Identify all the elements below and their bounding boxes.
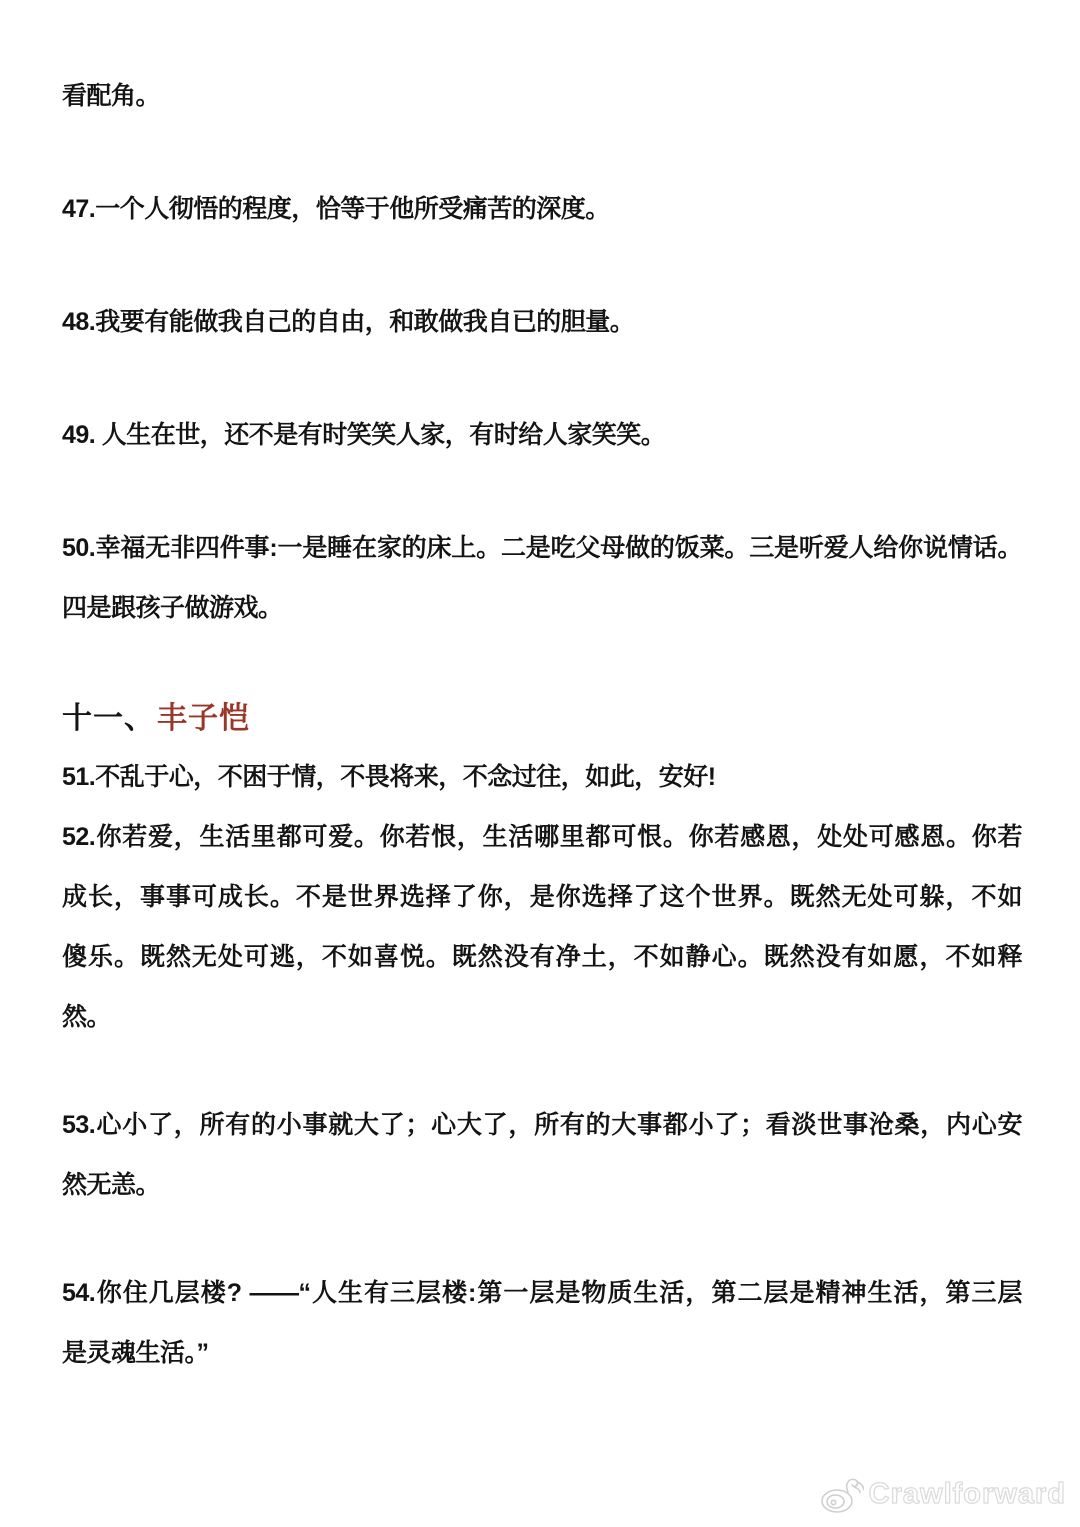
quote-text: 我要有能做我自己的自由，和敢做我自已的胆量。 <box>95 308 634 336</box>
section-number: 十一、 <box>62 702 155 735</box>
quote-text: 不乱于心，不困于情，不畏将来，不念过往，如此，安好! <box>95 763 715 791</box>
quote-text: 然。 <box>62 1003 111 1031</box>
quote-line: 52.你若爱，生活里都可爱。你若恨，生活哪里都可恨。你若感恩，处处可感恩。你若 <box>62 807 1022 867</box>
quote-54: 54.你住几层楼? ——“人生有三层楼:第一层是物质生活，第二层是精神生活，第三… <box>62 1263 1022 1383</box>
quote-text: 是灵魂生活。” <box>62 1339 209 1367</box>
quote-line: 47.一个人彻悟的程度，恰等于他所受痛苦的深度。 <box>62 195 610 223</box>
quote-number: 53. <box>62 1111 95 1139</box>
document-page: 看配角。 47.一个人彻悟的程度，恰等于他所受痛苦的深度。 48.我要有能做我自… <box>0 0 1080 1383</box>
quote-line: 49. 人生在世，还不是有时笑笑人家，有时给人家笑笑。 <box>62 421 665 449</box>
quote-52: 52.你若爱，生活里都可爱。你若恨，生活哪里都可恨。你若感恩，处处可感恩。你若 … <box>62 807 1022 1047</box>
quote-text: 心小了，所有的小事就大了；心大了，所有的大事都小了；看淡世事沧桑，内心安 <box>95 1111 1022 1139</box>
weibo-icon <box>818 1473 864 1515</box>
quote-line: 然无恙。 <box>62 1155 1022 1215</box>
watermark-text: Crawlforward <box>869 1478 1066 1511</box>
quote-number: 47. <box>62 195 95 223</box>
quote-number: 52. <box>62 823 95 851</box>
quote-line: 成长，事事可成长。不是世界选择了你，是你选择了这个世界。既然无处可躲，不如 <box>62 867 1022 927</box>
quote-53: 53.心小了，所有的小事就大了；心大了，所有的大事都小了；看淡世事沧桑，内心安 … <box>62 1095 1022 1215</box>
quote-text: 一个人彻悟的程度，恰等于他所受痛苦的深度。 <box>95 195 610 223</box>
section-header: 十一、丰子恺 <box>62 691 1022 747</box>
section-author: 丰子恺 <box>157 702 250 735</box>
quote-number: 51. <box>62 763 95 791</box>
quote-50: 50.幸福无非四件事:一是睡在家的床上。二是吃父母做的饭菜。三是听爱人给你说情话… <box>62 518 1022 638</box>
quote-line: 然。 <box>62 987 1022 1047</box>
quote-number: 54. <box>62 1279 95 1307</box>
quote-line: 53.心小了，所有的小事就大了；心大了，所有的大事都小了；看淡世事沧桑，内心安 <box>62 1095 1022 1155</box>
quote-text: 幸福无非四件事:一是睡在家的床上。二是吃父母做的饭菜。三是听爱人给你说情话。 <box>95 534 1022 562</box>
quote-51: 51.不乱于心，不困于情，不畏将来，不念过往，如此，安好! <box>62 747 1022 807</box>
quote-line: 傻乐。既然无处可逃，不如喜悦。既然没有净土，不如静心。既然没有如愿，不如释 <box>62 927 1022 987</box>
quote-47: 47.一个人彻悟的程度，恰等于他所受痛苦的深度。 <box>62 179 1022 239</box>
quote-line: 四是跟孩子做游戏。 <box>62 578 1022 638</box>
paragraph-carryover: 看配角。 <box>62 66 1022 126</box>
quote-text: 你若爱，生活里都可爱。你若恨，生活哪里都可恨。你若感恩，处处可感恩。你若 <box>95 823 1022 851</box>
quote-48: 48.我要有能做我自己的自由，和敢做我自已的胆量。 <box>62 292 1022 352</box>
quote-text: 傻乐。既然无处可逃，不如喜悦。既然没有净土，不如静心。既然没有如愿，不如释 <box>62 943 1022 971</box>
quote-number: 49. <box>62 421 95 449</box>
quote-text: 看配角。 <box>62 82 160 110</box>
quote-line: 50.幸福无非四件事:一是睡在家的床上。二是吃父母做的饭菜。三是听爱人给你说情话… <box>62 518 1022 578</box>
quote-line: 51.不乱于心，不困于情，不畏将来，不念过往，如此，安好! <box>62 763 716 791</box>
watermark: Crawlforward <box>818 1473 1066 1515</box>
quote-text: 你住几层楼? ——“人生有三层楼:第一层是物质生活，第二层是精神生活，第三层 <box>95 1279 1022 1307</box>
quote-text: 然无恙。 <box>62 1171 160 1199</box>
quote-number: 50. <box>62 534 95 562</box>
quote-49: 49. 人生在世，还不是有时笑笑人家，有时给人家笑笑。 <box>62 405 1022 465</box>
quote-text: 成长，事事可成长。不是世界选择了你，是你选择了这个世界。既然无处可躲，不如 <box>62 883 1022 911</box>
quote-text: 四是跟孩子做游戏。 <box>62 594 283 622</box>
quote-text: 人生在世，还不是有时笑笑人家，有时给人家笑笑。 <box>95 421 665 449</box>
quote-line: 是灵魂生活。” <box>62 1323 1022 1383</box>
quote-number: 48. <box>62 308 95 336</box>
quote-line: 48.我要有能做我自己的自由，和敢做我自已的胆量。 <box>62 308 634 336</box>
quote-line: 54.你住几层楼? ——“人生有三层楼:第一层是物质生活，第二层是精神生活，第三… <box>62 1263 1022 1323</box>
